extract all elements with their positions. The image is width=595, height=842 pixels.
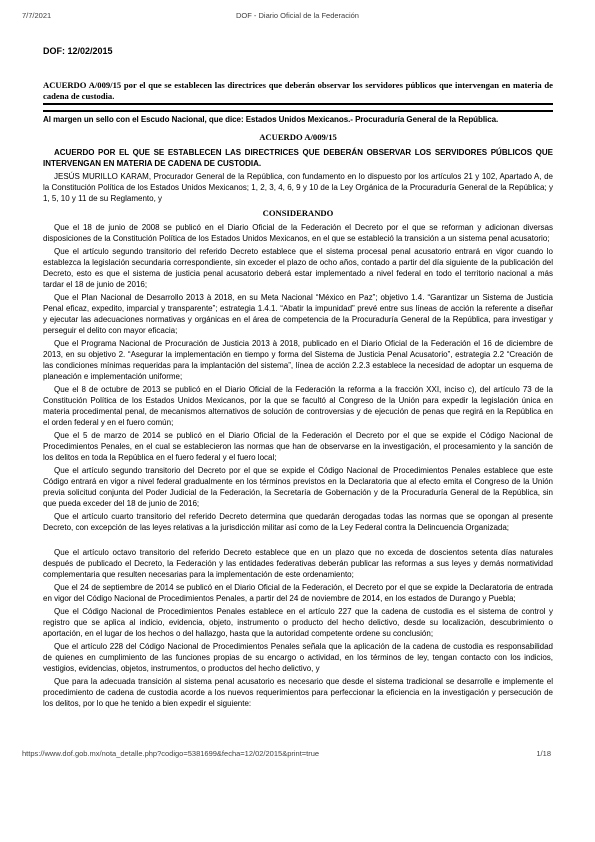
considerando-paragraphs: Que el 18 de junio de 2008 se publicó en… [43,222,553,709]
body-paragraph: Que el Plan Nacional de Desarrollo 2013 … [43,292,553,336]
acuerdo-number-heading: ACUERDO A/009/15 [43,132,553,142]
body-paragraph: Que el artículo segundo transitorio del … [43,246,553,290]
printed-document-page: 7/7/2021 DOF - Diario Oficial de la Fede… [0,0,595,842]
print-footer-url: https://www.dof.gob.mx/nota_detalle.php?… [22,749,319,758]
intro-paragraph: JESÚS MURILLO KARAM, Procurador General … [43,171,553,204]
body-paragraph: Que el artículo cuarto transitorio del r… [43,511,553,533]
body-paragraph: Que el Código Nacional de Procedimientos… [43,606,553,639]
body-paragraph: Que el 18 de junio de 2008 se publicó en… [43,222,553,244]
seal-line: Al margen un sello con el Escudo Naciona… [43,115,553,124]
body-paragraph: Que el artículo segundo transitorio del … [43,465,553,509]
double-horizontal-rule [43,103,553,112]
body-paragraph: Que para la adecuada transición al siste… [43,676,553,709]
body-paragraph: Que el Programa Nacional de Procuración … [43,338,553,382]
body-paragraph: Que el 5 de marzo de 2014 se publicó en … [43,430,553,463]
document-summary: ACUERDO A/009/15 por el que se establece… [43,80,553,101]
document-content: DOF: 12/02/2015 ACUERDO A/009/15 por el … [43,0,553,711]
body-paragraph: Que el artículo octavo transitorio del r… [43,547,553,580]
dof-date: DOF: 12/02/2015 [43,46,553,56]
considerando-heading: CONSIDERANDO [43,208,553,218]
print-footer-page-number: 1/18 [536,749,551,758]
body-paragraph: Que el 24 de septiembre de 2014 se publi… [43,582,553,604]
acuerdo-title: ACUERDO POR EL QUE SE ESTABLECEN LAS DIR… [43,147,553,169]
body-paragraph: Que el 8 de octubre de 2013 se publicó e… [43,384,553,428]
body-paragraph: Que el artículo 228 del Código Nacional … [43,641,553,674]
